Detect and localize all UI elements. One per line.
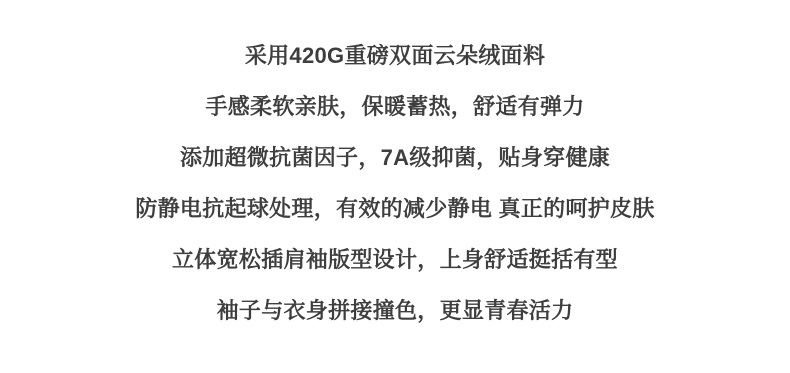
product-feature-list: 采用420G重磅双面云朵绒面料 手感柔软亲肤，保暖蓄热，舒适有弹力 添加超微抗菌… (0, 0, 790, 322)
feature-line-color-block: 袖子与衣身拼接撞色，更显青春活力 (217, 300, 574, 322)
feature-line-fabric: 采用420G重磅双面云朵绒面料 (245, 45, 545, 67)
feature-line-softness-warmth: 手感柔软亲肤，保暖蓄热，舒适有弹力 (205, 96, 584, 118)
feature-line-antibacterial: 添加超微抗菌因子，7A级抑菌，贴身穿健康 (180, 147, 610, 169)
feature-line-fit-design: 立体宽松插肩袖版型设计，上身舒适挺括有型 (172, 249, 618, 271)
feature-line-antistatic: 防静电抗起球处理，有效的减少静电 真正的呵护皮肤 (135, 198, 654, 220)
